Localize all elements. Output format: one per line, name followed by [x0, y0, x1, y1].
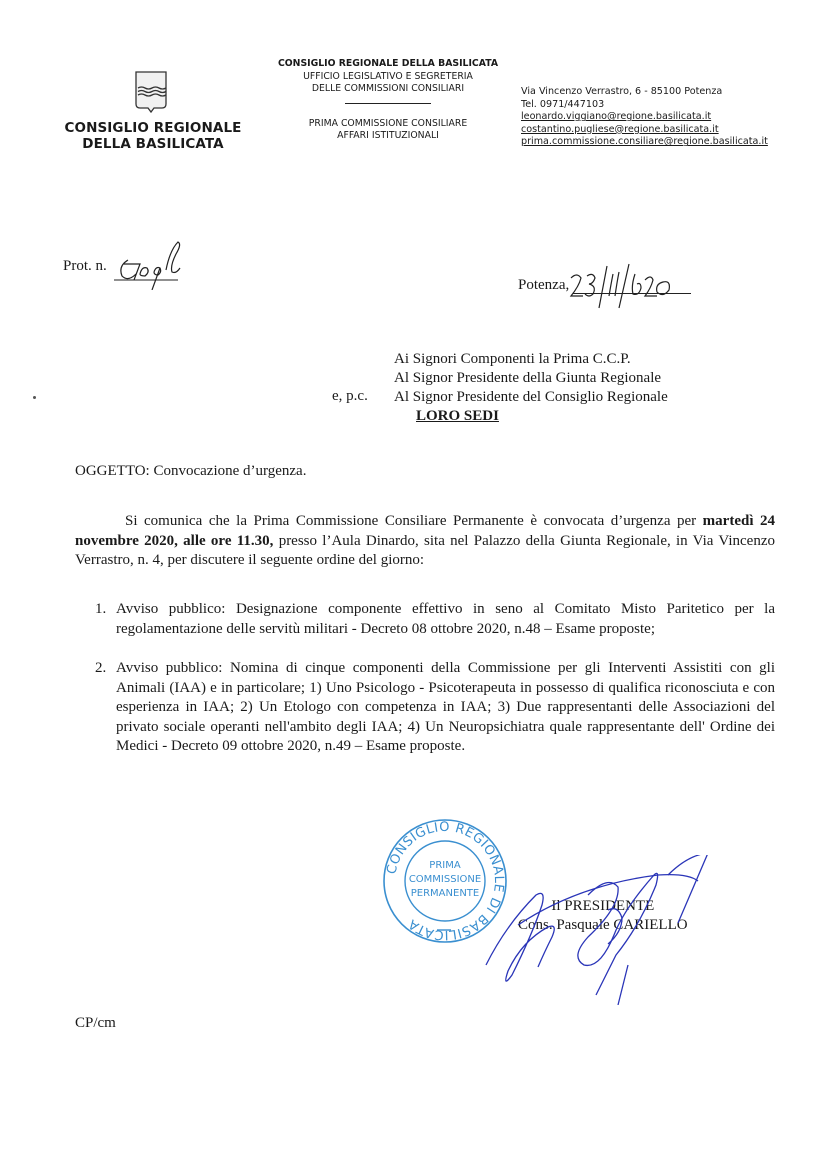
office-header: CONSIGLIO REGIONALE DELLA BASILICATA UFF… [262, 58, 514, 143]
regional-coat-of-arms-icon [134, 70, 168, 114]
agenda-item: 1. Avviso pubblico: Designazione compone… [95, 600, 775, 639]
cc-label: e, p.c. [332, 388, 368, 405]
org-name-line-1: CONSIGLIO REGIONALE [64, 120, 242, 136]
email-link-viggiano[interactable]: leonardo.viggiano@regione.basilicata.it [521, 111, 768, 124]
email-link-commission[interactable]: prima.commissione.consiliare@regione.bas… [521, 136, 768, 149]
office-line-2: UFFICIO LEGISLATIVO E SEGRETERIA [262, 71, 514, 84]
header-divider [345, 103, 431, 104]
intro-text-1: Si comunica che la Prima Commissione Con… [125, 513, 703, 529]
protocol-number: Prot. n. [63, 258, 107, 275]
stamp-inner-line: PERMANENTE [411, 888, 479, 899]
recipient-line: Ai Signori Componenti la Prima C.C.P. [394, 350, 668, 369]
handwritten-signature [478, 855, 718, 1005]
stamp-inner-line: COMMISSIONE [409, 874, 481, 885]
commission-area: AFFARI ISTITUZIONALI [262, 130, 514, 143]
agenda-item-number: 2. [95, 659, 106, 679]
commission-name: PRIMA COMMISSIONE CONSILIARE [262, 118, 514, 131]
recipients-closing: LORO SEDI [416, 407, 668, 426]
recipient-line: Al Signor Presidente della Giunta Region… [394, 369, 668, 388]
contact-info: Via Vincenzo Verrastro, 6 - 85100 Potenz… [521, 86, 768, 149]
scan-artifact-dot [33, 396, 36, 399]
agenda-list: 1. Avviso pubblico: Designazione compone… [95, 600, 775, 757]
organization-name: CONSIGLIO REGIONALE DELLA BASILICATA [64, 120, 242, 152]
agenda-item-text: Avviso pubblico: Designazione componente… [116, 601, 775, 637]
address: Via Vincenzo Verrastro, 6 - 85100 Potenz… [521, 86, 768, 99]
org-name-line-2: DELLA BASILICATA [64, 136, 242, 152]
office-line-3: DELLE COMMISSIONI CONSILIARI [262, 83, 514, 96]
agenda-item-text: Avviso pubblico: Nomina di cinque compon… [116, 660, 775, 754]
recipients-block: Ai Signori Componenti la Prima C.C.P. Al… [394, 350, 668, 426]
email-link-pugliese[interactable]: costantino.pugliese@regione.basilicata.i… [521, 124, 768, 137]
handwritten-protocol-number [110, 238, 190, 290]
intro-paragraph: Si comunica che la Prima Commissione Con… [75, 512, 775, 571]
document-initials: CP/cm [75, 1015, 116, 1032]
protocol-label: Prot. n. [63, 258, 107, 274]
phone: Tel. 0971/447103 [521, 99, 768, 112]
date-place: Potenza, [518, 277, 569, 293]
agenda-item-number: 1. [95, 600, 106, 620]
stamp-inner-line: PRIMA [429, 860, 461, 871]
agenda-item: 2. Avviso pubblico: Nomina di cinque com… [95, 659, 775, 757]
recipient-line: Al Signor Presidente del Consiglio Regio… [394, 388, 668, 407]
handwritten-date [567, 260, 695, 310]
office-title: CONSIGLIO REGIONALE DELLA BASILICATA [262, 58, 514, 71]
subject-line: OGGETTO: Convocazione d’urgenza. [75, 463, 306, 480]
